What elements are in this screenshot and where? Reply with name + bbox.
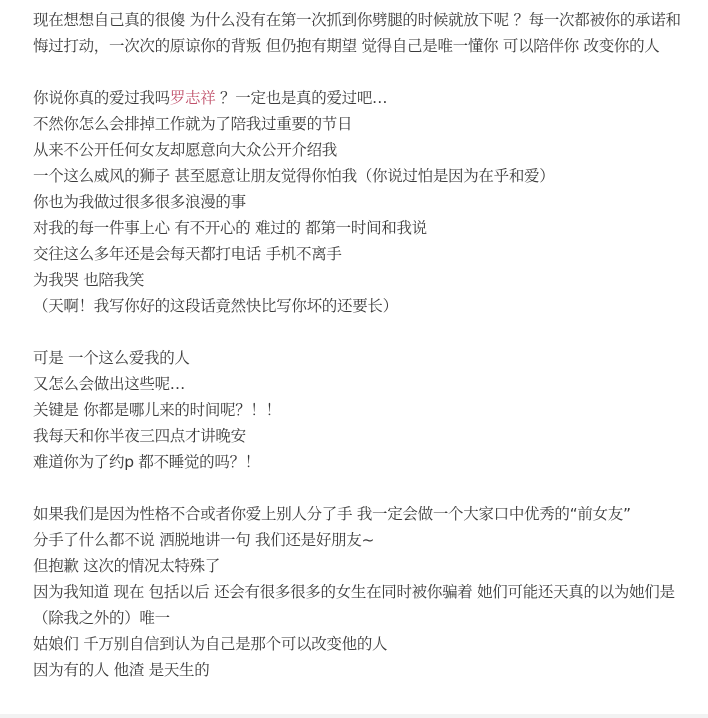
text-line: 因为有的人 他渣 是天生的	[33, 657, 703, 683]
text-line: 关键是 你都是哪儿来的时间呢？！！	[33, 397, 703, 423]
text-line: 因为我知道 现在 包括以后 还会有很多很多的女生在同时被你骗着 她们可能还天真的…	[33, 579, 703, 605]
text-line: 从来不公开任何女友却愿意向大众公开介绍我	[33, 137, 703, 163]
text-line: 现在想想自己真的很傻 为什么没有在第一次抓到你劈腿的时候就放下呢 ？每一次都被你…	[33, 7, 703, 33]
text-line: 你说你真的爱过我吗罗志祥 ？一定也是真的爱过吧…	[33, 85, 703, 111]
text-line: 如果我们是因为性格不合或者你爱上别人分了手 我一定会做一个大家口中优秀的“前女友…	[33, 501, 703, 527]
text-line: 难道你为了约p 都不睡觉的吗？！	[33, 449, 703, 475]
text-line: （除我之外的）唯一	[33, 605, 703, 631]
mentioned-name: 罗志祥	[170, 89, 216, 107]
text-line: 一个这么威风的狮子 甚至愿意让朋友觉得你怕我（你说过怕是因为在乎和爱）	[33, 163, 703, 189]
text-line: （天啊！我写你好的这段话竟然快比写你坏的还要长）	[33, 293, 703, 319]
paragraph-gap	[33, 59, 703, 85]
paragraph-4: 如果我们是因为性格不合或者你爱上别人分了手 我一定会做一个大家口中优秀的“前女友…	[33, 501, 703, 683]
text-line: 为我哭 也陪我笑	[33, 267, 703, 293]
paragraph-2: 你说你真的爱过我吗罗志祥 ？一定也是真的爱过吧… 不然你怎么会排掉工作就为了陪我…	[33, 85, 703, 319]
paragraph-3: 可是 一个这么爱我的人 又怎么会做出这些呢… 关键是 你都是哪儿来的时间呢？！！…	[33, 345, 703, 475]
paragraph-1: 现在想想自己真的很傻 为什么没有在第一次抓到你劈腿的时候就放下呢 ？每一次都被你…	[33, 7, 703, 59]
paragraph-gap	[33, 475, 703, 501]
post-body: 现在想想自己真的很傻 为什么没有在第一次抓到你劈腿的时候就放下呢 ？每一次都被你…	[33, 7, 703, 683]
text-line: 姑娘们 千万别自信到认为自己是那个可以改变他的人	[33, 631, 703, 657]
text-segment: 你说你真的爱过我吗	[33, 89, 170, 107]
text-line: 分手了什么都不说 洒脱地讲一句 我们还是好朋友~	[33, 527, 703, 553]
bottom-divider	[0, 714, 708, 718]
text-line: 交往这么多年还是会每天都打电话 手机不离手	[33, 241, 703, 267]
text-line: 但抱歉 这次的情况太特殊了	[33, 553, 703, 579]
text-segment: ？一定也是真的爱过吧…	[215, 89, 387, 107]
text-line: 我每天和你半夜三四点才讲晚安	[33, 423, 703, 449]
text-line: 不然你怎么会排掉工作就为了陪我过重要的节日	[33, 111, 703, 137]
text-line: 可是 一个这么爱我的人	[33, 345, 703, 371]
text-line: 对我的每一件事上心 有不开心的 难过的 都第一时间和我说	[33, 215, 703, 241]
text-line: 悔过打动，一次次的原谅你的背叛 但仍抱有期望 觉得自己是唯一懂你 可以陪伴你 改…	[33, 33, 703, 59]
text-line: 又怎么会做出这些呢…	[33, 371, 703, 397]
text-line: 你也为我做过很多很多浪漫的事	[33, 189, 703, 215]
paragraph-gap	[33, 319, 703, 345]
